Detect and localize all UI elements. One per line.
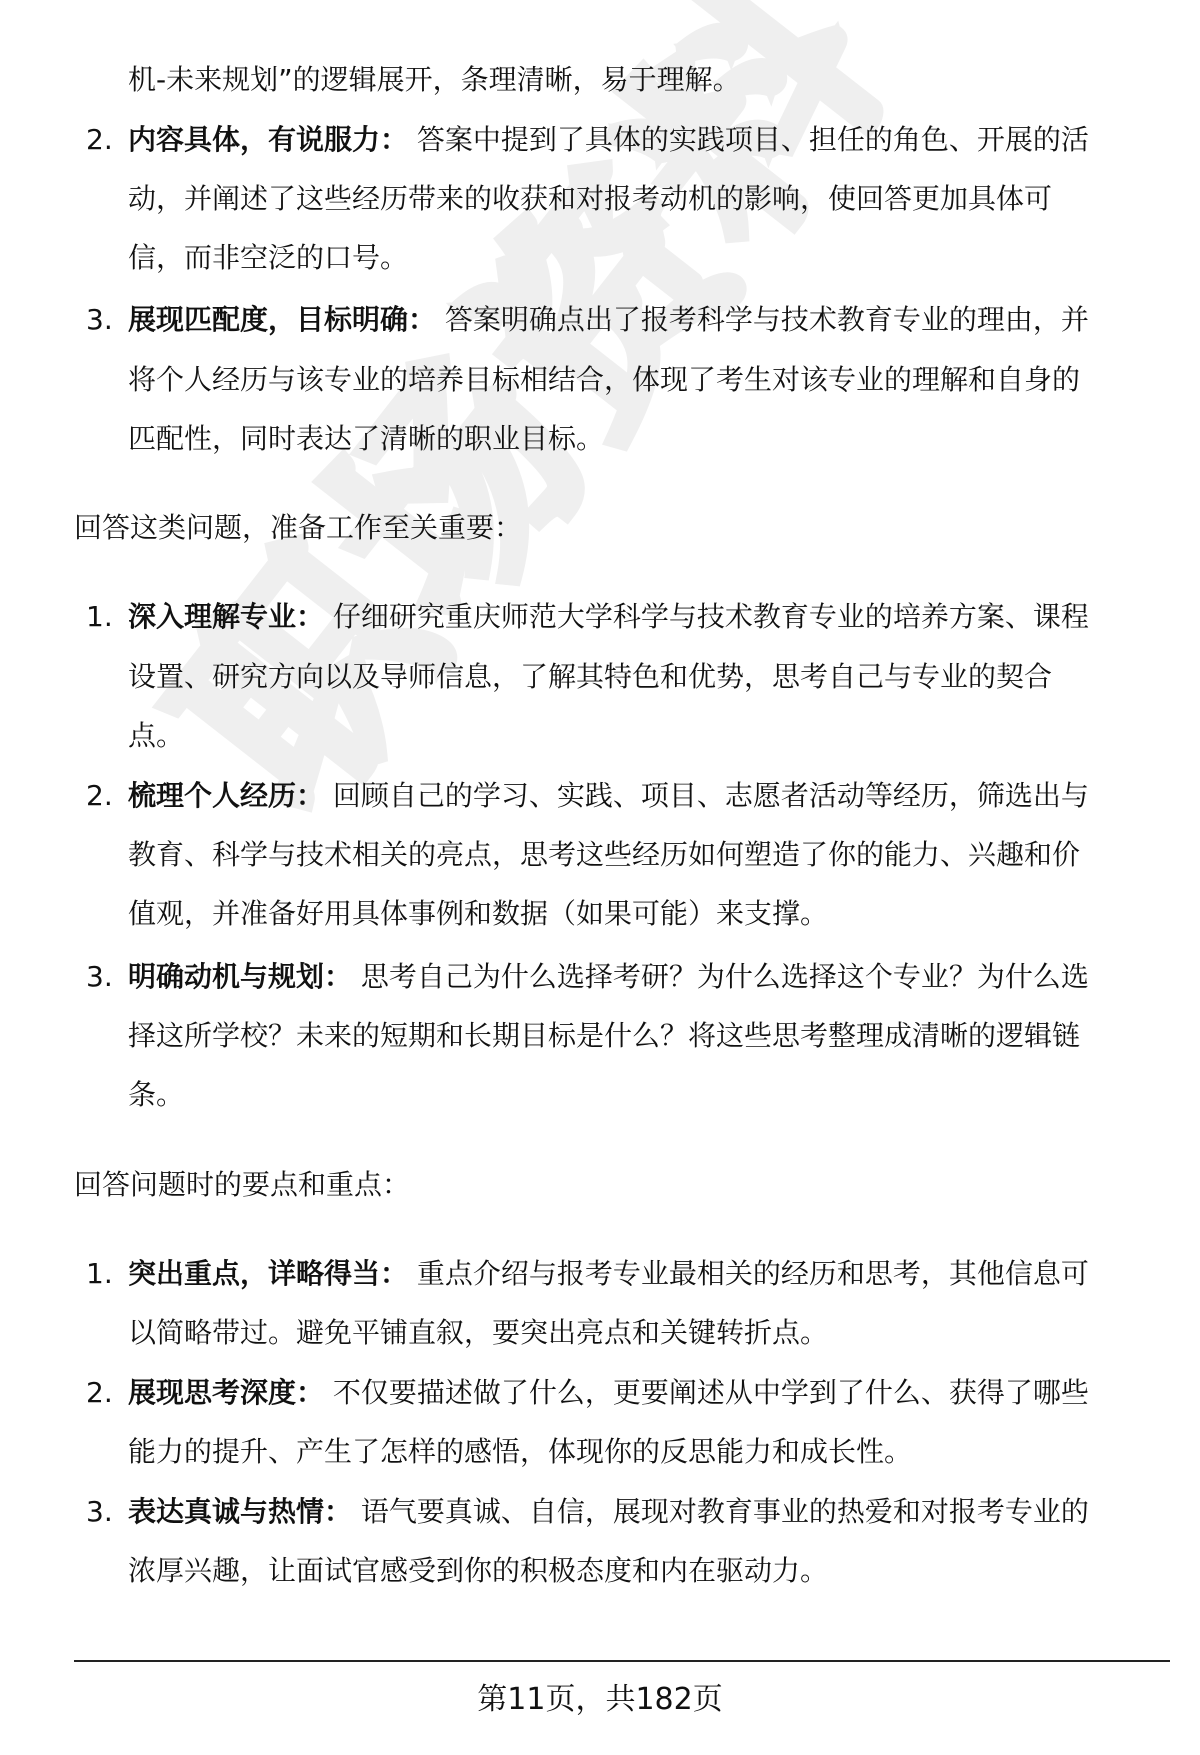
list-item-title: 深入理解专业： [128, 600, 324, 633]
list-item-line: 设置、研究方向以及导师信息，了解其特色和优势，思考自己与专业的契合 [128, 657, 1052, 697]
list-item-line: 动，并阐述了这些经历带来的收获和对报考动机的影响，使回答更加具体可 [128, 179, 1052, 219]
list-item-first-line: 深入理解专业： 仔细研究重庆师范大学科学与技术教育专业的培养方案、课程 [128, 597, 1089, 637]
list-item-line: 匹配性，同时表达了清晰的职业目标。 [128, 419, 604, 459]
list-item-line: 条。 [128, 1075, 184, 1115]
list-item-text: 回顾自己的学习、实践、项目、志愿者活动等经历，筛选出与 [324, 779, 1089, 812]
list-item-line: 择这所学校？未来的短期和长期目标是什么？将这些思考整理成清晰的逻辑链 [128, 1016, 1080, 1056]
list-item-line: 以简略带过。避免平铺直叙，要突出亮点和关键转折点。 [128, 1313, 828, 1353]
list-item-first-line: 明确动机与规划： 思考自己为什么选择考研？为什么选择这个专业？为什么选 [128, 957, 1089, 997]
list-number: 1. [86, 597, 113, 637]
list-item-first-line: 内容具体，有说服力： 答案中提到了具体的实践项目、担任的角色、开展的活 [128, 120, 1089, 160]
footer-divider [74, 1660, 1170, 1662]
list-number: 3. [86, 957, 113, 997]
list-item-text: 重点介绍与报考专业最相关的经历和思考，其他信息可 [408, 1257, 1089, 1290]
list-item-line: 能力的提升、产生了怎样的感悟，体现你的反思能力和成长性。 [128, 1432, 912, 1472]
list-item-line: 值观，并准备好用具体事例和数据（如果可能）来支撑。 [128, 894, 828, 934]
list-item-title: 内容具体，有说服力： [128, 123, 408, 156]
list-item-title: 突出重点，详略得当： [128, 1257, 408, 1290]
list-item-text: 答案中提到了具体的实践项目、担任的角色、开展的活 [408, 123, 1089, 156]
list-number: 2. [86, 776, 113, 816]
list-item-first-line: 表达真诚与热情： 语气要真诚、自信，展现对教育事业的热爱和对报考专业的 [128, 1492, 1089, 1532]
list-item-title: 明确动机与规划： [128, 960, 352, 993]
list-number: 3. [86, 300, 113, 340]
list-item-first-line: 梳理个人经历： 回顾自己的学习、实践、项目、志愿者活动等经历，筛选出与 [128, 776, 1089, 816]
list-item-title: 展现匹配度，目标明确： [128, 303, 436, 336]
list-number: 1. [86, 1254, 113, 1294]
list-item-title: 展现思考深度： [128, 1376, 324, 1409]
list-item-first-line: 展现匹配度，目标明确： 答案明确点出了报考科学与技术教育专业的理由，并 [128, 300, 1089, 340]
list-item-first-line: 展现思考深度： 不仅要描述做了什么，更要阐述从中学到了什么、获得了哪些 [128, 1373, 1089, 1413]
page-number: 第11页，共182页 [0, 1680, 1200, 1720]
list-item-line: 教育、科学与技术相关的亮点，思考这些经历如何塑造了你的能力、兴趣和价 [128, 835, 1080, 875]
section-heading-preparation: 回答这类问题，准备工作至关重要： [74, 508, 522, 548]
list-item-text: 不仅要描述做了什么，更要阐述从中学到了什么、获得了哪些 [324, 1376, 1089, 1409]
list-item-title: 梳理个人经历： [128, 779, 324, 812]
list-item-text: 答案明确点出了报考科学与技术教育专业的理由，并 [436, 303, 1089, 336]
list-number: 2. [86, 1373, 113, 1413]
list-item-title: 表达真诚与热情： [128, 1495, 352, 1528]
list-item-first-line: 突出重点，详略得当： 重点介绍与报考专业最相关的经历和思考，其他信息可 [128, 1254, 1089, 1294]
list-number: 3. [86, 1492, 113, 1532]
list-item-text: 仔细研究重庆师范大学科学与技术教育专业的培养方案、课程 [324, 600, 1089, 633]
section-heading-keypoints: 回答问题时的要点和重点： [74, 1165, 410, 1205]
list-number: 2. [86, 120, 113, 160]
document-page: 机-未来规划”的逻辑展开，条理清晰，易于理解。 2. 内容具体，有说服力： 答案… [0, 0, 1200, 1755]
list-item-line: 浓厚兴趣，让面试官感受到你的积极态度和内在驱动力。 [128, 1551, 828, 1591]
list-item-text: 思考自己为什么选择考研？为什么选择这个专业？为什么选 [352, 960, 1089, 993]
list-item-line: 信，而非空泛的口号。 [128, 238, 408, 278]
continuation-line: 机-未来规划”的逻辑展开，条理清晰，易于理解。 [128, 60, 741, 100]
list-item-line: 将个人经历与该专业的培养目标相结合，体现了考生对该专业的理解和自身的 [128, 360, 1080, 400]
list-item-text: 语气要真诚、自信，展现对教育事业的热爱和对报考专业的 [352, 1495, 1089, 1528]
list-item-line: 点。 [128, 716, 184, 756]
